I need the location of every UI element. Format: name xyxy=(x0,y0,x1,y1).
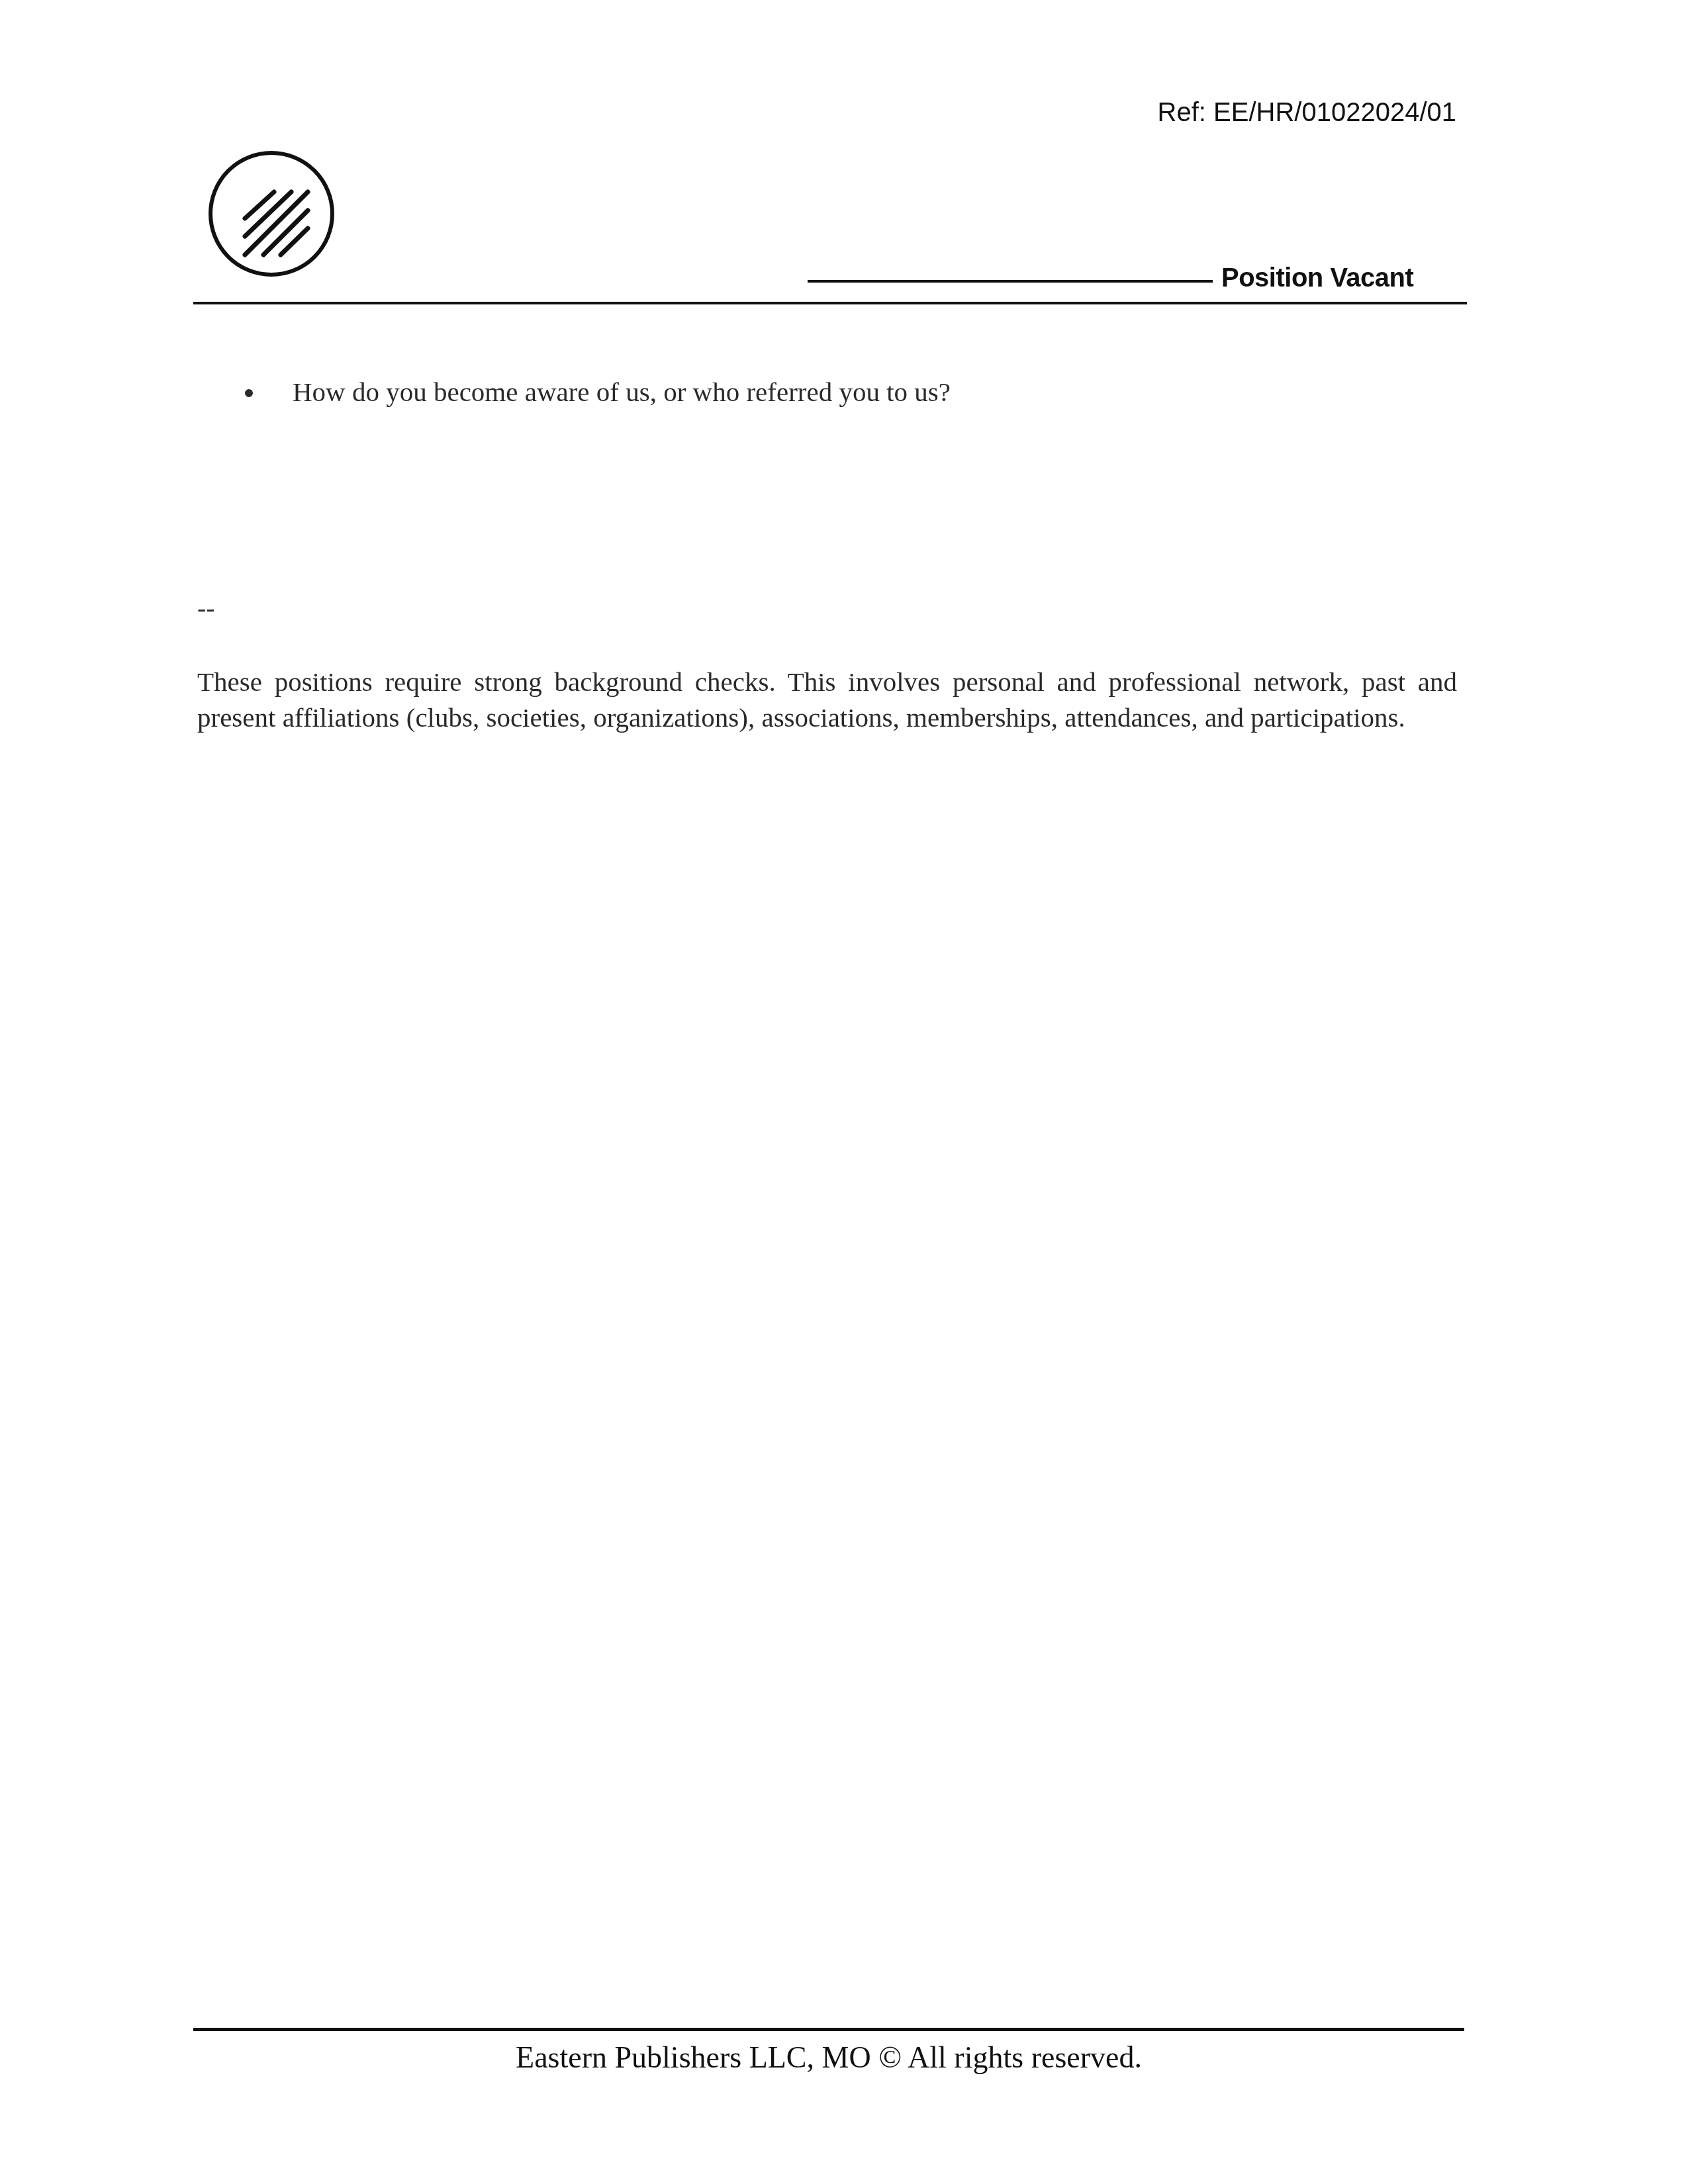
section-title: Position Vacant xyxy=(1221,263,1413,293)
header-divider xyxy=(193,302,1467,304)
header-accent-line xyxy=(808,280,1213,283)
bullet-icon xyxy=(245,389,253,397)
reference-number: Ref: EE/HR/01022024/01 xyxy=(1059,98,1456,128)
background-check-paragraph: These positions require strong backgroun… xyxy=(197,664,1457,735)
bullet-text: How do you become aware of us, or who re… xyxy=(293,377,951,407)
footer-divider xyxy=(193,2028,1464,2031)
company-logo-icon xyxy=(207,149,336,279)
bullet-list-item: How do you become aware of us, or who re… xyxy=(245,376,951,408)
footer-copyright: Eastern Publishers LLC, MO © All rights … xyxy=(193,2040,1464,2075)
separator: -- xyxy=(197,592,215,623)
